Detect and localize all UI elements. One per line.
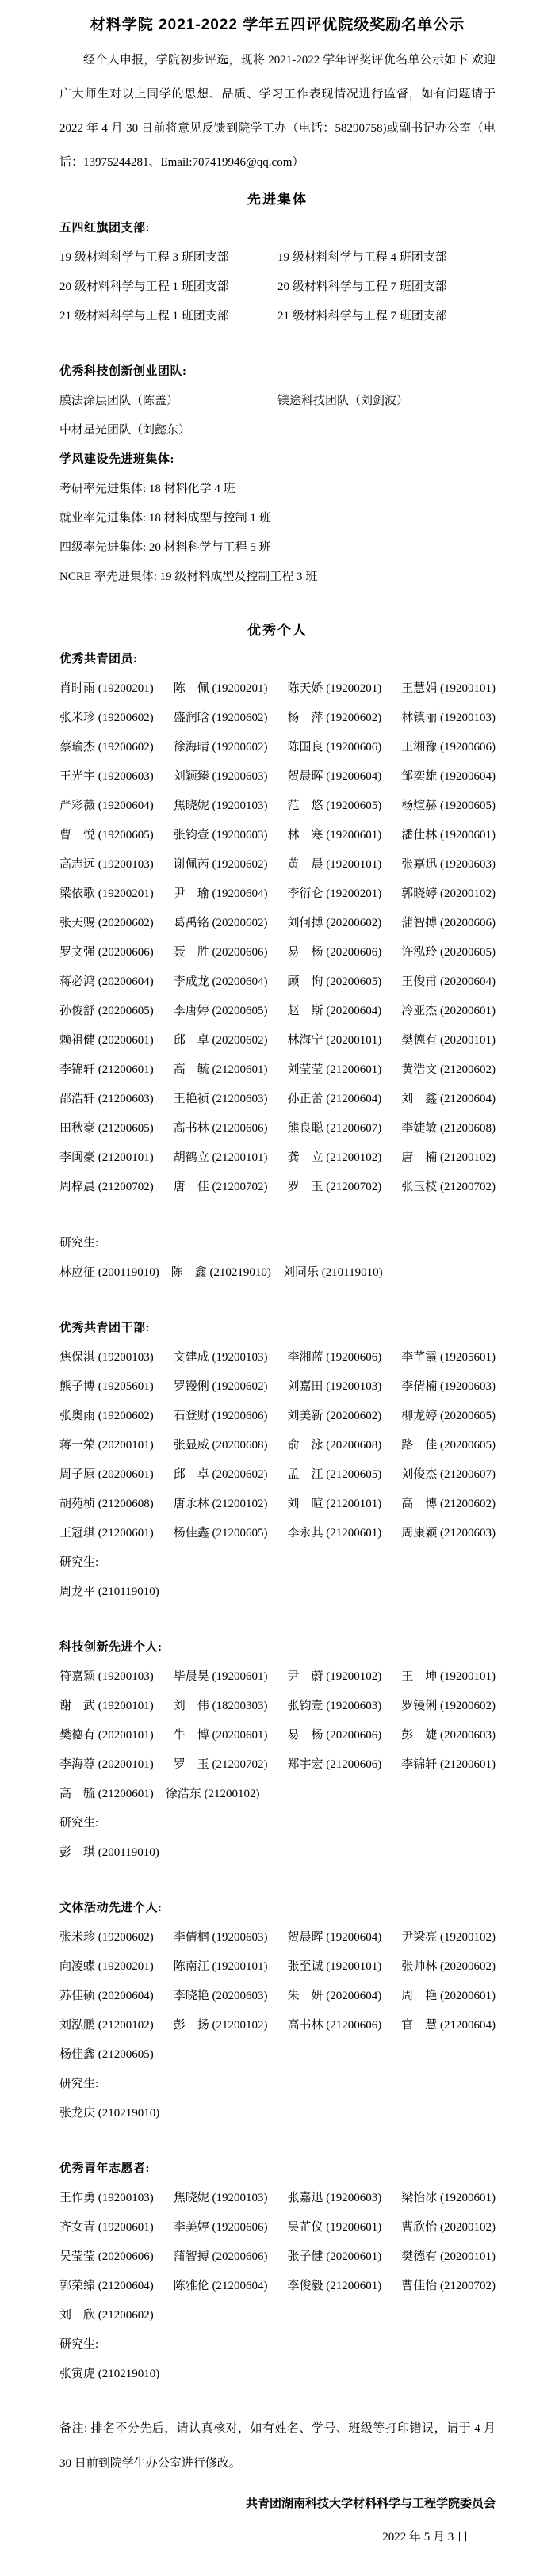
collective-cell [277,416,496,445]
person-entry: 李俊毅 (21200601) [288,2272,382,2301]
person-entry: 李闽豪 (21200101) [59,1143,154,1173]
collective-cell: 21 级材料科学与工程 7 班团支部 [277,302,496,331]
person-entry: 李唐婷 (20200605) [174,997,268,1026]
person-entry: 李倩楠 (19200603) [401,1372,496,1402]
person-entry: 刘同乐 (210119010) [283,1258,383,1288]
person-entry: 谢 武 (19200101) [59,1692,154,1721]
grad-name-list: 张寅虎 (210219010) [59,2360,496,2389]
person-entry: 邱 卓 (20200602) [174,1460,268,1490]
person-entry: 杨佳鑫 (21200605) [59,2040,154,2070]
person-entry: 梁依歌 (19200201) [59,880,154,909]
issue-date: 2022 年 5 月 3 日 [59,2521,496,2554]
group-title: 优秀共青团干部: [59,1314,496,1343]
person-entry: 樊德有 (20200101) [401,2242,496,2272]
name-row: 刘 欣 (21200602) [59,2301,496,2330]
person-entry: 李永其 (21200601) [288,1519,382,1548]
person-entry: 蒋一荣 (20200101) [59,1431,154,1460]
grad-label: 研究生: [59,2070,496,2099]
person-entry: 唐 楠 (21200102) [401,1143,496,1173]
person-entry: 陈南江 (19200101) [174,1952,268,1982]
person-entry: 贺晨晖 (19200604) [288,1923,382,1952]
person-entry: 刘何搏 (20200602) [288,909,382,938]
group-name-list: 张米珍 (19200602)李倩楠 (19200603)贺晨晖 (1920060… [59,1923,496,2070]
person-entry: 冷亚杰 (20200601) [401,997,496,1026]
name-row: 蒋必鸿 (20200604)李成龙 (20200604)顾 恂 (2020060… [59,967,496,997]
person-entry: 聂 胜 (20200606) [174,938,268,967]
person-entry: 李衍仑 (19200201) [288,880,382,909]
person-entry: 符嘉颖 (19200103) [59,1662,154,1692]
name-row: 周子原 (20200601)邱 卓 (20200602)孟 江 (2120060… [59,1460,496,1490]
person-entry: 张子健 (20200601) [288,2242,382,2272]
person-entry: 高 博 (21200602) [401,1490,496,1519]
person-entry: 彭 婕 (20200603) [401,1721,496,1750]
person-entry: 李海尊 (20200101) [59,1750,154,1780]
name-row: 彭 琪 (200119010) [59,1838,496,1868]
person-entry: 贺晨晖 (19200604) [288,762,382,792]
person-entry: 徐海晴 (19200602) [174,733,268,762]
group-name-list: 符嘉颖 (19200103)毕晨昊 (19200601)尹 蔚 (1920010… [59,1662,496,1809]
person-entry: 李锦轩 (21200601) [59,1055,154,1085]
person-entry: 高志远 (19200103) [59,850,154,880]
person-entry: 林海宁 (20200101) [288,1026,382,1055]
name-row: 向凌蝶 (19200201)陈南江 (19200101)张至诚 (1920010… [59,1952,496,1982]
group-name-list: 肖时雨 (19200201)陈 佩 (19200201)陈天娇 (1920020… [59,674,496,1202]
document-page: 材料学院 2021-2022 学年五四评优院级奖励名单公示 经个人申报，学院初步… [0,0,555,2576]
name-row: 赖祖健 (20200601)邱 卓 (20200602)林海宁 (2020010… [59,1026,496,1055]
person-entry: 彭 扬 (21200102) [174,2011,268,2040]
name-row: 蒋一荣 (20200101)张显威 (20200608)俞 泳 (2020060… [59,1431,496,1460]
person-entry: 黄 晨 (19200101) [288,850,382,880]
issuer-signature: 共青团湖南科技大学材料科学与工程学院委员会 [59,2487,496,2521]
grad-label: 研究生: [59,1229,496,1258]
intro-paragraph: 经个人申报，学院初步评选，现将 2021-2022 学年评奖评优名单公示如下 欢… [59,44,496,180]
name-row: 苏佳硕 (20200604)李晓艳 (20200603)朱 妍 (2020060… [59,1982,496,2011]
person-entry: 范 悠 (19200605) [288,792,382,821]
person-entry: 刘美新 (20200602) [288,1402,382,1431]
person-entry: 罗文强 (20200606) [59,938,154,967]
person-entry: 曹 悦 (19200605) [59,821,154,850]
two-column-row: 19 级材料科学与工程 3 班团支部19 级材料科学与工程 4 班团支部 [59,243,496,273]
person-entry: 梁怡冰 (19200601) [401,2184,496,2213]
name-row: 周龙平 (210119010) [59,1578,496,1607]
person-entry: 易 杨 (20200606) [288,1721,382,1750]
group-name-list: 王作勇 (19200103)焦晓妮 (19200103)张嘉迅 (1920060… [59,2184,496,2330]
collective-cell: 镁途科技团队（刘剑波） [277,387,496,416]
person-entry: 齐女青 (19200601) [59,2213,154,2242]
group-culture-sports-individuals: 文体活动先进个人: 张米珍 (19200602)李倩楠 (19200603)贺晨… [59,1894,496,2128]
name-row: 张天赐 (20200602)葛禹铭 (20200602)刘何搏 (2020060… [59,909,496,938]
person-entry: 路 佳 (20200605) [401,1431,496,1460]
person-entry: 李成龙 (20200604) [174,967,268,997]
person-entry: 陈国良 (19200606) [288,733,382,762]
name-row: 吴莹莹 (20200606)蒲智搏 (20200606)张子健 (2020060… [59,2242,496,2272]
person-entry: 罗镘俐 (19200602) [174,1372,268,1402]
name-row: 严彩薇 (19200604)焦晓妮 (19200103)范 悠 (1920060… [59,792,496,821]
name-row: 张米珍 (19200602)盛润晗 (19200602)杨 萍 (1920060… [59,704,496,733]
name-row: 林应征 (200119010)陈 鑫 (210219010)刘同乐 (21011… [59,1258,496,1288]
person-entry: 张显威 (20200608) [174,1431,268,1460]
person-entry: 刘 鑫 (21200604) [401,1085,496,1114]
remark-paragraph: 备注: 排名不分先后，请认真核对，如有姓名、学号、班级等打印错误，请于 4 月 … [59,2411,496,2481]
group-tech-innovation-individuals: 科技创新先进个人: 符嘉颖 (19200103)毕晨昊 (19200601)尹 … [59,1633,496,1868]
person-entry: 王冠琪 (21200601) [59,1519,154,1548]
collective-cell: 20 级材料科学与工程 7 班团支部 [277,273,496,302]
two-column-row: 21 级材料科学与工程 1 班团支部21 级材料科学与工程 7 班团支部 [59,302,496,331]
group-title: 优秀共青团员: [59,645,496,674]
name-row: 田秋豪 (21200605)高书林 (21200606)熊良聪 (2120060… [59,1114,496,1143]
section-heading-advanced-collectives: 先进集体 [59,188,496,208]
person-entry: 吴莹莹 (20200606) [59,2242,154,2272]
grad-name-list: 林应征 (200119010)陈 鑫 (210219010)刘同乐 (21011… [59,1258,496,1288]
name-row: 蔡瑜杰 (19200602)徐海晴 (19200602)陈国良 (1920060… [59,733,496,762]
person-entry: 徐浩东 (21200102) [166,1780,260,1809]
person-entry: 王作勇 (19200103) [59,2184,154,2213]
person-entry: 王艳祯 (21200603) [174,1085,268,1114]
person-entry: 彭 琪 (200119010) [59,1838,159,1868]
person-entry: 肖时雨 (19200201) [59,674,154,704]
person-entry: 黄浩文 (21200602) [401,1055,496,1085]
person-entry: 蒲智搏 (20200606) [174,2242,268,2272]
person-entry: 陈天娇 (19200201) [288,674,382,704]
person-entry: 郭荣臻 (21200604) [59,2272,154,2301]
person-entry: 李婕敏 (21200608) [401,1114,496,1143]
subsection-study-style-classes: 学风建设先进班集体: 考研率先进集体: 18 材料化学 4 班就业率先进集体: … [59,445,496,592]
person-entry: 林镇丽 (19200103) [401,704,496,733]
person-entry: 柳龙婷 (20200605) [401,1402,496,1431]
name-row: 肖时雨 (19200201)陈 佩 (19200201)陈天娇 (1920020… [59,674,496,704]
person-entry: 张米珍 (19200602) [59,1923,154,1952]
person-entry: 赖祖健 (20200601) [59,1026,154,1055]
group-name-list: 焦保淇 (19200103)文建成 (19200103)李湘蓝 (1920060… [59,1343,496,1548]
person-entry: 唐 佳 (21200702) [174,1173,268,1202]
name-row: 李海尊 (20200101)罗 玉 (21200702)郑宇宏 (2120060… [59,1750,496,1780]
person-entry: 熊良聪 (21200607) [288,1114,382,1143]
person-entry: 王湘豫 (19200606) [401,733,496,762]
grad-label: 研究生: [59,1548,496,1578]
person-entry: 张奥雨 (19200602) [59,1402,154,1431]
list-line: NCRE 率先进集体: 19 级材料成型及控制工程 3 班 [59,563,496,592]
person-entry: 林应征 (200119010) [59,1258,159,1288]
person-entry: 李芊霞 (19205601) [401,1343,496,1372]
list-line: 就业率先进集体: 18 材料成型与控制 1 班 [59,504,496,533]
document-title: 材料学院 2021-2022 学年五四评优院级奖励名单公示 [59,13,496,34]
grad-name-list: 周龙平 (210119010) [59,1578,496,1607]
name-row: 孙俊舒 (20200605)李唐婷 (20200605)赵 斯 (2020060… [59,997,496,1026]
person-entry: 蔡瑜杰 (19200602) [59,733,154,762]
person-entry: 郭晓婷 (20200102) [401,880,496,909]
person-entry: 张嘉迅 (19200603) [401,850,496,880]
person-entry: 朱 妍 (20200604) [288,1982,382,2011]
person-entry: 龚 立 (21200102) [288,1143,382,1173]
list-line: 四级率先进集体: 20 材料科学与工程 5 班 [59,533,496,563]
person-entry: 盛润晗 (19200602) [174,704,268,733]
name-row: 李锦轩 (21200601)高 毓 (21200601)刘莹莹 (2120060… [59,1055,496,1085]
person-entry: 张钧壹 (19200603) [288,1692,382,1721]
person-entry: 陈 鑫 (210219010) [171,1258,271,1288]
person-entry: 吴芷仪 (19200601) [288,2213,382,2242]
collective-cell: 20 级材料科学与工程 1 班团支部 [59,273,277,302]
person-entry: 杨 萍 (19200602) [288,704,382,733]
section-heading-outstanding-individuals: 优秀个人 [59,619,496,639]
person-entry: 李锦轩 (21200601) [401,1750,496,1780]
person-entry: 尹 瑜 (19200604) [174,880,268,909]
person-entry: 高 毓 (21200601) [174,1055,268,1085]
person-entry: 曹欣怡 (20200102) [401,2213,496,2242]
person-entry: 张帅林 (20200602) [401,1952,496,1982]
name-row: 熊子博 (19205601)罗镘俐 (19200602)刘嘉田 (1920010… [59,1372,496,1402]
collective-cell: 膜法涂层团队（陈盖） [59,387,277,416]
person-entry: 赵 斯 (20200604) [288,997,382,1026]
two-column-row: 中材星光团队（刘懿东） [59,416,496,445]
person-entry: 邹奕雄 (19200604) [401,762,496,792]
collective-cell: 21 级材料科学与工程 1 班团支部 [59,302,277,331]
red-flag-title: 五四红旗团支部: [59,214,496,243]
name-row: 李闽豪 (21200101)胡鹤立 (21200101)龚 立 (2120010… [59,1143,496,1173]
person-entry: 尹梁亮 (19200102) [401,1923,496,1952]
person-entry: 周龙平 (210119010) [59,1578,159,1607]
person-entry: 谢佩芮 (19200602) [174,850,268,880]
person-entry: 刘 暄 (21200101) [288,1490,382,1519]
person-entry: 王俊甫 (20200604) [401,967,496,997]
collective-cell: 19 级材料科学与工程 4 班团支部 [277,243,496,273]
group-title: 文体活动先进个人: [59,1894,496,1923]
name-row: 王光宇 (19200603)刘颖臻 (19200603)贺晨晖 (1920060… [59,762,496,792]
subsection-red-flag-branches: 五四红旗团支部: 19 级材料科学与工程 3 班团支部19 级材料科学与工程 4… [59,214,496,331]
name-row: 焦保淇 (19200103)文建成 (19200103)李湘蓝 (1920060… [59,1343,496,1372]
name-row: 高 毓 (21200601)徐浩东 (21200102) [59,1780,496,1809]
person-entry: 顾 恂 (20200605) [288,967,382,997]
person-entry: 蒲智搏 (20200606) [401,909,496,938]
group-youth-volunteers: 优秀青年志愿者: 王作勇 (19200103)焦晓妮 (19200103)张嘉迅… [59,2154,496,2389]
person-entry: 樊德有 (20200101) [401,1026,496,1055]
person-entry: 王 坤 (19200101) [401,1662,496,1692]
person-entry: 罗 玉 (21200702) [174,1750,268,1780]
name-row: 张米珍 (19200602)李倩楠 (19200603)贺晨晖 (1920060… [59,1923,496,1952]
person-entry: 毕晨昊 (19200601) [174,1662,268,1692]
study-style-title: 学风建设先进班集体: [59,445,496,475]
name-row: 高志远 (19200103)谢佩芮 (19200602)黄 晨 (1920010… [59,850,496,880]
grad-name-list: 彭 琪 (200119010) [59,1838,496,1868]
name-row: 齐女青 (19200601)李美婷 (19200606)吴芷仪 (1920060… [59,2213,496,2242]
person-entry: 张玉枝 (21200702) [401,1173,496,1202]
person-entry: 张龙庆 (210219010) [59,2099,159,2128]
person-entry: 张天赐 (20200602) [59,909,154,938]
person-entry: 邱 卓 (20200602) [174,1026,268,1055]
person-entry: 石登财 (19200606) [174,1402,268,1431]
red-flag-list: 19 级材料科学与工程 3 班团支部19 级材料科学与工程 4 班团支部20 级… [59,243,496,331]
person-entry: 向凌蝶 (19200201) [59,1952,154,1982]
name-row: 罗文强 (20200606)聂 胜 (20200606)易 杨 (2020060… [59,938,496,967]
person-entry: 罗 玉 (21200702) [288,1173,382,1202]
name-row: 胡苑桢 (21200608)唐永林 (21200102)刘 暄 (2120010… [59,1490,496,1519]
person-entry: 李倩楠 (19200603) [174,1923,268,1952]
person-entry: 刘 伟 (18200303) [174,1692,268,1721]
name-row: 张奥雨 (19200602)石登财 (19200606)刘美新 (2020060… [59,1402,496,1431]
person-entry: 陈雅伦 (21200604) [174,2272,268,2301]
group-outstanding-league-members: 优秀共青团员: 肖时雨 (19200201)陈 佩 (19200201)陈天娇 … [59,645,496,1288]
person-entry: 刘 欣 (21200602) [59,2301,154,2330]
person-entry: 罗镘俐 (19200602) [401,1692,496,1721]
person-entry: 高 毓 (21200601) [59,1780,154,1809]
person-entry: 官 慧 (21200604) [401,2011,496,2040]
person-entry: 易 杨 (20200606) [288,938,382,967]
person-entry: 焦晓妮 (19200103) [174,2184,268,2213]
person-entry: 唐永林 (21200102) [174,1490,268,1519]
name-row: 王作勇 (19200103)焦晓妮 (19200103)张嘉迅 (1920060… [59,2184,496,2213]
person-entry: 杨佳鑫 (21200605) [174,1519,268,1548]
person-entry: 樊德有 (20200101) [59,1721,154,1750]
person-entry: 俞 泳 (20200608) [288,1431,382,1460]
person-entry: 周子原 (20200601) [59,1460,154,1490]
grad-name-list: 张龙庆 (210219010) [59,2099,496,2128]
person-entry: 陈 佩 (19200201) [174,674,268,704]
person-entry: 林 寒 (19200601) [288,821,382,850]
list-line: 考研率先进集体: 18 材料化学 4 班 [59,475,496,504]
person-entry: 孟 江 (21200605) [288,1460,382,1490]
person-entry: 焦晓妮 (19200103) [174,792,268,821]
person-entry: 周康颖 (21200603) [401,1519,496,1548]
person-entry: 高书林 (21200606) [174,1114,268,1143]
person-entry: 胡苑桢 (21200608) [59,1490,154,1519]
person-entry: 张嘉迅 (19200603) [288,2184,382,2213]
person-entry: 王慧娟 (19200101) [401,674,496,704]
person-entry: 刘嘉田 (19200103) [288,1372,382,1402]
tech-teams-list: 膜法涂层团队（陈盖）镁途科技团队（刘剑波）中材星光团队（刘懿东） [59,387,496,445]
person-entry: 葛禹铭 (20200602) [174,909,268,938]
two-column-row: 膜法涂层团队（陈盖）镁途科技团队（刘剑波） [59,387,496,416]
person-entry: 刘俊杰 (21200607) [401,1460,496,1490]
name-row: 王冠琪 (21200601)杨佳鑫 (21200605)李永其 (2120060… [59,1519,496,1548]
person-entry: 孙俊舒 (20200605) [59,997,154,1026]
person-entry: 张至诚 (19200101) [288,1952,382,1982]
name-row: 曹 悦 (19200605)张钧壹 (19200603)林 寒 (1920060… [59,821,496,850]
person-entry: 焦保淇 (19200103) [59,1343,154,1372]
group-outstanding-league-cadres: 优秀共青团干部: 焦保淇 (19200103)文建成 (19200103)李湘蓝… [59,1314,496,1607]
name-row: 张龙庆 (210219010) [59,2099,496,2128]
study-style-list: 考研率先进集体: 18 材料化学 4 班就业率先进集体: 18 材料成型与控制 … [59,475,496,592]
person-entry: 刘莹莹 (21200601) [288,1055,382,1085]
person-entry: 周梓晨 (21200702) [59,1173,154,1202]
person-entry: 郑宇宏 (21200606) [288,1750,382,1780]
name-row: 郭荣臻 (21200604)陈雅伦 (21200604)李俊毅 (2120060… [59,2272,496,2301]
person-entry: 尹 蔚 (19200102) [288,1662,382,1692]
person-entry: 李晓艳 (20200603) [174,1982,268,2011]
person-entry: 刘颖臻 (19200603) [174,762,268,792]
grad-label: 研究生: [59,2330,496,2360]
name-row: 谢 武 (19200101)刘 伟 (18200303)张钧壹 (1920060… [59,1692,496,1721]
person-entry: 高书林 (21200606) [288,2011,382,2040]
person-entry: 田秋豪 (21200605) [59,1114,154,1143]
person-entry: 张钧壹 (19200603) [174,821,268,850]
name-row: 周梓晨 (21200702)唐 佳 (21200702)罗 玉 (2120070… [59,1173,496,1202]
tech-teams-title: 优秀科技创新创业团队: [59,357,496,387]
person-entry: 熊子博 (19205601) [59,1372,154,1402]
person-entry: 李美婷 (19200606) [174,2213,268,2242]
person-entry: 张寅虎 (210219010) [59,2360,159,2389]
person-entry: 王光宇 (19200603) [59,762,154,792]
person-entry: 潘仕林 (19200601) [401,821,496,850]
person-entry: 杨煊赫 (19200605) [401,792,496,821]
person-entry: 许泓玲 (20200605) [401,938,496,967]
collective-cell: 19 级材料科学与工程 3 班团支部 [59,243,277,273]
person-entry: 周 艳 (20200601) [401,1982,496,2011]
person-entry: 李湘蓝 (19200606) [288,1343,382,1372]
person-entry: 曹佳怡 (21200702) [401,2272,496,2301]
person-entry: 文建成 (19200103) [174,1343,268,1372]
person-entry: 刘泓鹏 (21200102) [59,2011,154,2040]
name-row: 樊德有 (20200101)牛 博 (20200601)易 杨 (2020060… [59,1721,496,1750]
collective-cell: 中材星光团队（刘懿东） [59,416,277,445]
two-column-row: 20 级材料科学与工程 1 班团支部20 级材料科学与工程 7 班团支部 [59,273,496,302]
name-row: 梁依歌 (19200201)尹 瑜 (19200604)李衍仑 (1920020… [59,880,496,909]
person-entry: 严彩薇 (19200604) [59,792,154,821]
person-entry: 张米珍 (19200602) [59,704,154,733]
person-entry: 邵浩轩 (21200603) [59,1085,154,1114]
group-title: 优秀青年志愿者: [59,2154,496,2184]
grad-label: 研究生: [59,1809,496,1838]
person-entry: 苏佳硕 (20200604) [59,1982,154,2011]
group-title: 科技创新先进个人: [59,1633,496,1662]
person-entry: 蒋必鸿 (20200604) [59,967,154,997]
name-row: 杨佳鑫 (21200605) [59,2040,496,2070]
person-entry: 孙正蕾 (21200604) [288,1085,382,1114]
person-entry: 胡鹤立 (21200101) [174,1143,268,1173]
name-row: 邵浩轩 (21200603)王艳祯 (21200603)孙正蕾 (2120060… [59,1085,496,1114]
name-row: 符嘉颖 (19200103)毕晨昊 (19200601)尹 蔚 (1920010… [59,1662,496,1692]
person-entry: 牛 博 (20200601) [174,1721,268,1750]
name-row: 刘泓鹏 (21200102)彭 扬 (21200102)高书林 (2120060… [59,2011,496,2040]
subsection-tech-teams: 优秀科技创新创业团队: 膜法涂层团队（陈盖）镁途科技团队（刘剑波）中材星光团队（… [59,357,496,445]
name-row: 张寅虎 (210219010) [59,2360,496,2389]
